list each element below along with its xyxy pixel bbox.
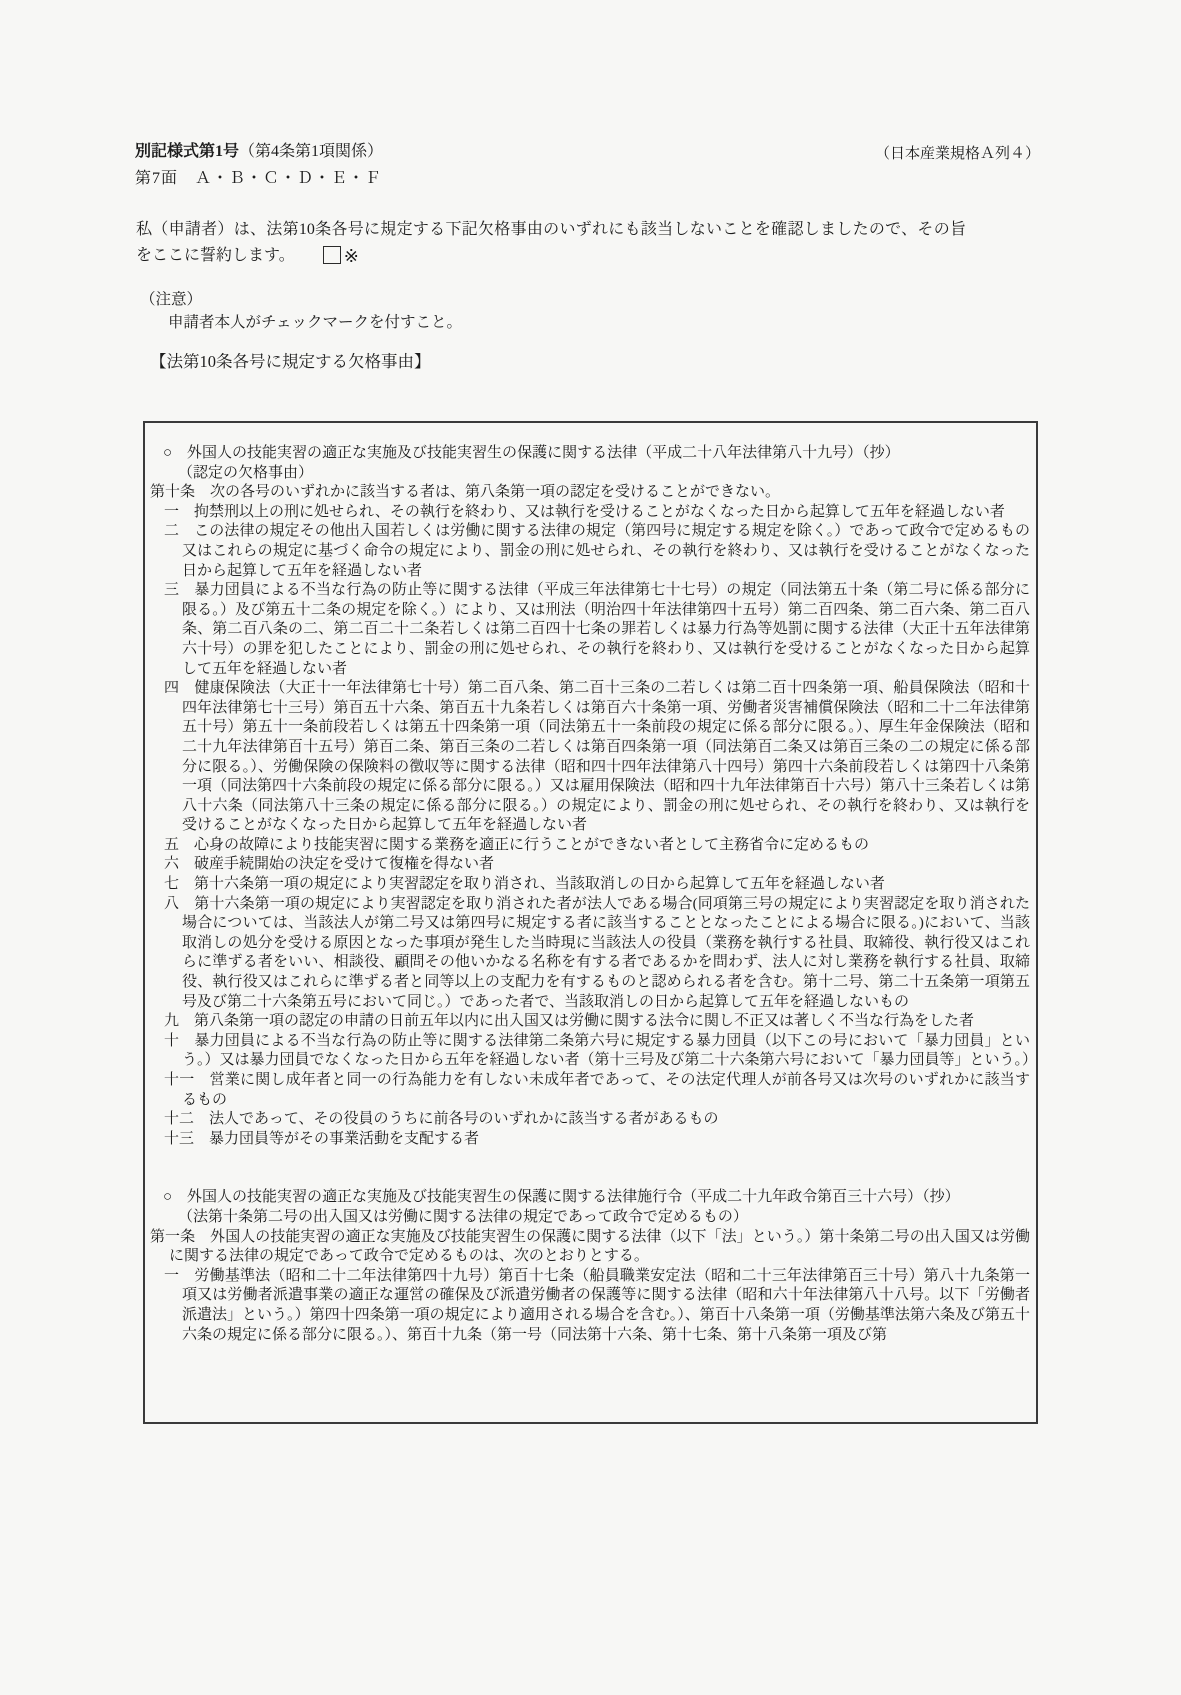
- declaration-paragraph: 私（申請者）は、法第10条各号に規定する下記欠格事由のいずれにも該当しないことを…: [136, 217, 966, 271]
- article-10-item-13: 十三 暴力団員等がその事業活動を支配する者: [150, 1130, 1030, 1150]
- article-10-lead: 第十条 次の各号のいずれかに該当する者は、第八条第一項の認定を受けることができな…: [150, 483, 1030, 503]
- ordinance-article-1-lead: 第一条 外国人の技能実習の適正な実施及び技能実習生の保護に関する法律（以下「法」…: [150, 1228, 1030, 1267]
- sheet-number-line: 第7面 Ａ・Ｂ・Ｃ・Ｄ・Ｅ・Ｆ: [135, 168, 382, 190]
- article-10-item-2: 二 この法律の規定その他出入国若しくは労働に関する法律の規定（第四号に規定する規…: [150, 522, 1030, 581]
- article-10-item-11: 十一 営業に関し成年者と同一の行為能力を有しない未成年者であって、その法定代理人…: [150, 1071, 1030, 1110]
- law-excerpt-box: ○ 外国人の技能実習の適正な実施及び技能実習生の保護に関する法律（平成二十八年法…: [143, 421, 1038, 1424]
- declaration-checkbox-group: ※: [323, 243, 359, 271]
- jis-standard-note: （日本産業規格Ａ列４）: [875, 143, 1040, 165]
- form-relation: （第4条第1項関係）: [239, 143, 383, 160]
- form-number: 別記様式第1号: [135, 143, 239, 160]
- article-10-item-3: 三 暴力団員による不当な行為の防止等に関する法律（平成三年法律第七十七号）の規定…: [150, 581, 1030, 679]
- article-10-item-4: 四 健康保険法（大正十一年法律第七十号）第二百八条、第二百十三条の二若しくは第二…: [150, 679, 1030, 836]
- article-10-item-10: 十 暴力団員による不当な行為の防止等に関する法律第二条第六号に規定する暴力団員（…: [150, 1032, 1030, 1071]
- notice-block: （注意） 申請者本人がチェックマークを付すこと。: [140, 288, 462, 334]
- ordinance-article-1-item-1: 一 労働基準法（昭和二十二年法律第四十九号）第百十七条（船員職業安定法（昭和二十…: [150, 1267, 1030, 1345]
- article-10-item-8: 八 第十六条第一項の規定により実習認定を取り消された者が法人である場合(同項第三…: [150, 895, 1030, 1013]
- ordinance-subtitle-note: （法第十条第二号の出入国又は労働に関する法律の規定であって政令で定めるもの）: [150, 1208, 1030, 1228]
- article-10-item-12: 十二 法人であって、その役員のうちに前各号のいずれかに該当する者があるもの: [150, 1110, 1030, 1130]
- paragraph-spacer: [150, 1149, 1030, 1188]
- declaration-checkbox[interactable]: [323, 246, 341, 264]
- notice-heading: （注意）: [140, 288, 462, 311]
- article-10-item-1: 一 拘禁刑以上の刑に処せられ、その執行を終わり、又は執行を受けることがなくなった…: [150, 503, 1030, 523]
- section-heading: 【法第10条各号に規定する欠格事由】: [150, 351, 431, 373]
- article-10-item-5: 五 心身の故障により技能実習に関する業務を適正に行うことができない者として主務省…: [150, 836, 1030, 856]
- article-10-item-7: 七 第十六条第一項の規定により実習認定を取り消され、当該取消しの日から起算して五…: [150, 875, 1030, 895]
- declaration-text: 私（申請者）は、法第10条各号に規定する下記欠格事由のいずれにも該当しないことを…: [136, 221, 966, 264]
- ordinance-title-paragraph: ○ 外国人の技能実習の適正な実施及び技能実習生の保護に関する法律施行令（平成二十…: [150, 1188, 1030, 1208]
- law-title-paragraph: ○ 外国人の技能実習の適正な実施及び技能実習生の保護に関する法律（平成二十八年法…: [150, 444, 1030, 464]
- article-10-item-6: 六 破産手続開始の決定を受けて復権を得ない者: [150, 855, 1030, 875]
- law-subtitle-note: （認定の欠格事由）: [150, 464, 1030, 484]
- notice-body: 申請者本人がチェックマークを付すこと。: [168, 311, 462, 334]
- document-page: 別記様式第1号（第4条第1項関係） （日本産業規格Ａ列４） 第7面 Ａ・Ｂ・Ｃ・…: [0, 0, 1181, 1695]
- form-header-line: 別記様式第1号（第4条第1項関係）: [135, 141, 383, 163]
- article-10-item-9: 九 第八条第一項の認定の申請の日前五年以内に出入国又は労働に関する法令に関し不正…: [150, 1012, 1030, 1032]
- reference-mark: ※: [344, 246, 359, 266]
